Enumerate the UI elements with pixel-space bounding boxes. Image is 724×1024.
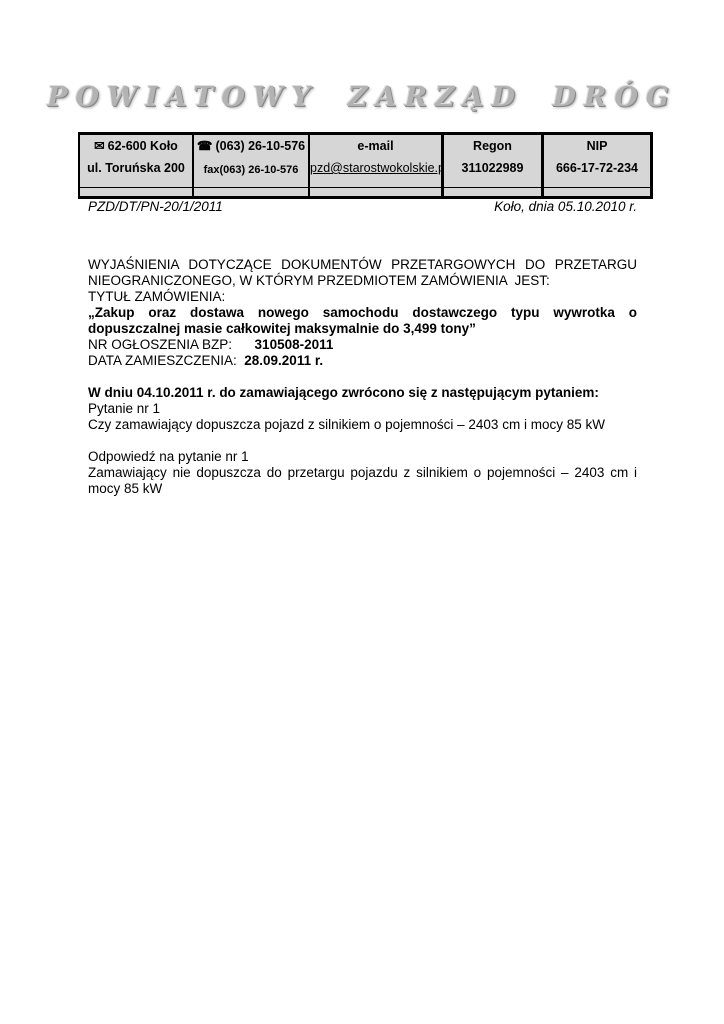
strip-cell — [80, 188, 194, 196]
nip-header: NIP — [544, 139, 650, 154]
phone-number-text: (063) 26-10-576 — [215, 139, 305, 153]
contact-table: ✉62-600 Koło ul. Toruńska 200 ☎(063) 26-… — [78, 132, 653, 199]
body-line: dopuszczalnej masie całkowitej maksymaln… — [88, 321, 637, 337]
body-text: TYTUŁ ZAMÓWIENIA: — [88, 289, 225, 304]
street-text: ul. Toruńska 200 — [80, 161, 192, 176]
strip-cell — [310, 188, 444, 196]
regon-value: 311022989 — [444, 161, 541, 176]
org-name-title: POWIATOWY ZARZĄD DRÓG — [0, 82, 724, 113]
phone-cell: ☎(063) 26-10-576 fax(063) 26-10-576 — [194, 135, 310, 187]
body-text: mocy 85 kW — [88, 481, 162, 496]
body-text: Czy zamawiający dopuszcza pojazd z silni… — [88, 417, 605, 432]
email-cell: e-mail pzd@starostwokolskie.pl — [310, 135, 444, 187]
body-text: WYJAŚNIENIA DOTYCZĄCE DOKUMENTÓW PRZETAR… — [88, 257, 637, 272]
body-line: NIEOGRANICZONEGO, W KTÓRYM PRZEDMIOTEM Z… — [88, 273, 637, 289]
body-text-bold: W dniu 04.10.2011 r. do zamawiającego zw… — [88, 385, 599, 400]
body-text: Zamawiający nie dopuszcza do przetargu p… — [88, 465, 637, 480]
body-text-bold: „Zakup oraz dostawa nowego samochodu dos… — [88, 305, 637, 320]
postal-code-line: ✉62-600 Koło — [80, 139, 192, 154]
email-address-link[interactable]: pzd@starostwokolskie.pl — [310, 161, 441, 176]
body-line: mocy 85 kW — [88, 481, 637, 497]
email-header: e-mail — [310, 139, 441, 154]
body-text: NR OGŁOSZENIA BZP: — [88, 337, 255, 352]
regon-cell: Regon 311022989 — [444, 135, 544, 187]
reference-row: PZD/DT/PN-20/1/2011 Koło, dnia 05.10.201… — [88, 198, 637, 215]
address-cell: ✉62-600 Koło ul. Toruńska 200 — [80, 135, 194, 187]
body-line: TYTUŁ ZAMÓWIENIA: — [88, 289, 637, 305]
regon-header: Regon — [444, 139, 541, 154]
body-line: „Zakup oraz dostawa nowego samochodu dos… — [88, 305, 637, 321]
body-line: Czy zamawiający dopuszcza pojazd z silni… — [88, 417, 637, 433]
body-line: WYJAŚNIENIA DOTYCZĄCE DOKUMENTÓW PRZETAR… — [88, 257, 637, 273]
body-line: NR OGŁOSZENIA BZP: 310508-2011 — [88, 337, 637, 353]
phone-line: ☎(063) 26-10-576 — [194, 139, 308, 154]
phone-icon: ☎ — [197, 139, 213, 153]
document-page: POWIATOWY ZARZĄD DRÓG ✉62-600 Koło ul. T… — [0, 0, 724, 1024]
body-text: NIEOGRANICZONEGO, W KTÓRYM PRZEDMIOTEM Z… — [88, 273, 550, 288]
body-line: W dniu 04.10.2011 r. do zamawiającego zw… — [88, 385, 637, 401]
fax-number-text: fax(063) 26-10-576 — [194, 163, 308, 178]
body-line — [88, 369, 637, 385]
postal-code-text: 62-600 Koło — [108, 139, 178, 153]
body-line: Odpowiedź na pytanie nr 1 — [88, 449, 637, 465]
body-line: Pytanie nr 1 — [88, 401, 637, 417]
reference-number: PZD/DT/PN-20/1/2011 — [88, 198, 223, 215]
strip-cell — [544, 188, 650, 196]
body-text: Pytanie nr 1 — [88, 401, 160, 416]
contact-table-bottom-strip — [80, 187, 650, 196]
body-text-bold: dopuszczalnej masie całkowitej maksymaln… — [88, 321, 476, 336]
strip-cell — [194, 188, 310, 196]
body-text: Odpowiedź na pytanie nr 1 — [88, 449, 249, 464]
body-text-bold: 310508-2011 — [255, 337, 334, 352]
nip-cell: NIP 666-17-72-234 — [544, 135, 650, 187]
contact-table-row: ✉62-600 Koło ul. Toruńska 200 ☎(063) 26-… — [80, 135, 650, 187]
body-line — [88, 433, 637, 449]
body-line: DATA ZAMIESZCZENIA: 28.09.2011 r. — [88, 353, 637, 369]
document-body: WYJAŚNIENIA DOTYCZĄCE DOKUMENTÓW PRZETAR… — [88, 257, 637, 497]
nip-value: 666-17-72-234 — [544, 161, 650, 176]
envelope-icon: ✉ — [94, 139, 104, 153]
body-text: DATA ZAMIESZCZENIA: — [88, 353, 244, 368]
strip-cell — [444, 188, 544, 196]
place-date: Koło, dnia 05.10.2010 r. — [494, 198, 637, 215]
body-line: Zamawiający nie dopuszcza do przetargu p… — [88, 465, 637, 481]
body-text-bold: 28.09.2011 r. — [244, 353, 323, 368]
